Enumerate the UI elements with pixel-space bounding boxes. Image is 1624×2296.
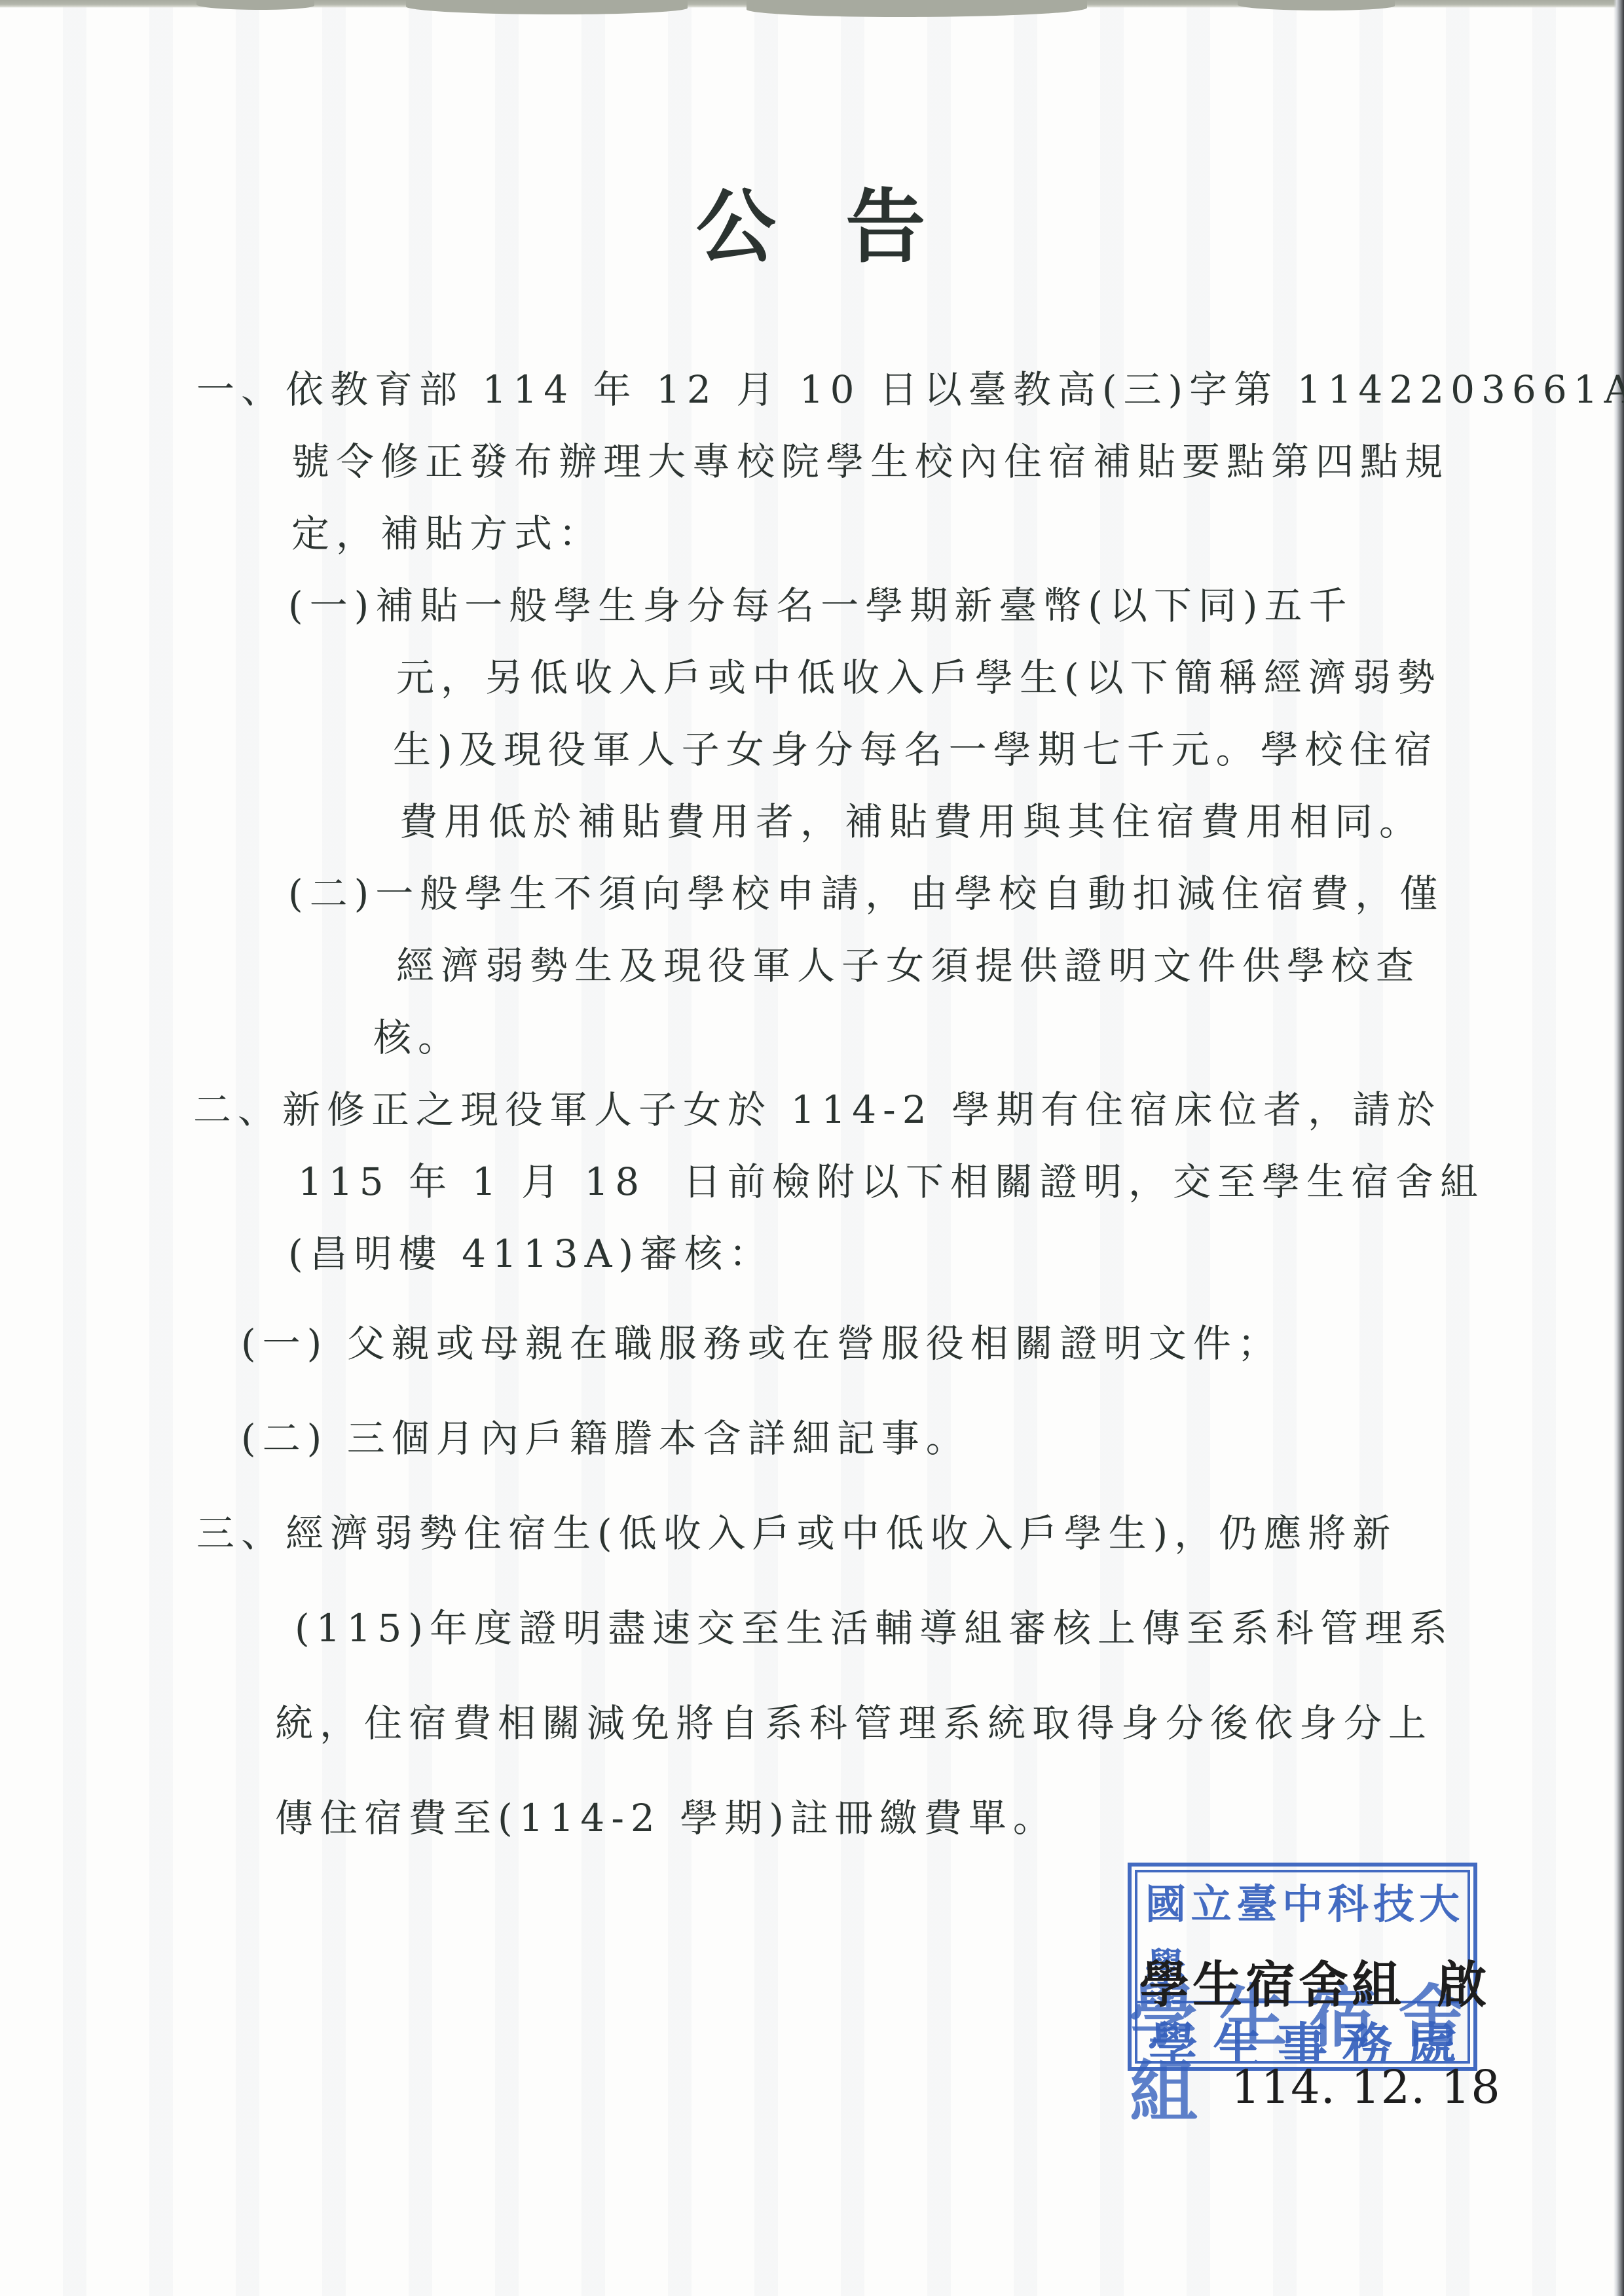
document-line: (115)年度證明盡速交至生活輔導組審核上傳至系科管理系 (0, 1581, 1624, 1676)
signature-line: 學生宿舍組 啟 (1139, 1958, 1490, 2013)
scan-artifact-blob (747, 0, 1087, 17)
document-line: 定，補貼方式： (0, 498, 1624, 570)
document-line: 一、依教育部 114 年 12 月 10 日以臺教高(三)字第 11422036… (0, 354, 1624, 426)
document-line: 核。 (0, 1002, 1624, 1074)
document-line: 統，住宿費相關減免將自系科管理系統取得身分後依身分上 (0, 1676, 1624, 1771)
document-body: 一、依教育部 114 年 12 月 10 日以臺教高(三)字第 11422036… (0, 354, 1624, 1866)
document-line: (一)補貼一般學生身分每名一學期新臺幣(以下同)五千 (0, 570, 1624, 642)
document-line: 生)及現役軍人子女身分每名一學期七千元。學校住宿 (0, 714, 1624, 786)
document-line: 傳住宿費至(114-2 學期)註冊繳費單。 (0, 1771, 1624, 1866)
document-line: 115 年 1 月 18 日前檢附以下相關證明，交至學生宿舍組 (0, 1146, 1624, 1218)
document-line: 二、新修正之現役軍人子女於 114-2 學期有住宿床位者，請於 (0, 1074, 1624, 1146)
document-line: (二)一般學生不須向學校申請，由學校自動扣減住宿費，僅 (0, 858, 1624, 930)
document-line: (昌明樓 4113A)審核： (0, 1218, 1624, 1290)
announcement-page: 公 告 一、依教育部 114 年 12 月 10 日以臺教高(三)字第 1142… (0, 0, 1624, 2296)
document-line: 元，另低收入戶或中低收入戶學生(以下簡稱經濟弱勢 (0, 642, 1624, 714)
page-title: 公 告 (0, 185, 1624, 268)
document-line: (一) 父親或母親在職服務或在營服役相關證明文件； (0, 1296, 1624, 1391)
document-line: 三、經濟弱勢住宿生(低收入戶或中低收入戶學生)，仍應將新 (0, 1486, 1624, 1581)
document-line: 費用低於補貼費用者，補貼費用與其住宿費用相同。 (0, 786, 1624, 858)
scan-artifact-blob (406, 0, 688, 14)
document-line: 號令修正發布辦理大專校院學生校內住宿補貼要點第四點規 (0, 426, 1624, 498)
scan-artifact-blob (196, 0, 314, 10)
document-line: (二) 三個月內戶籍謄本含詳細記事。 (0, 1391, 1624, 1486)
date-line: 114. 12. 18 (1231, 2062, 1501, 2113)
document-line: 經濟弱勢生及現役軍人子女須提供證明文件供學校查 (0, 930, 1624, 1002)
scan-artifact-blob (1238, 0, 1395, 10)
